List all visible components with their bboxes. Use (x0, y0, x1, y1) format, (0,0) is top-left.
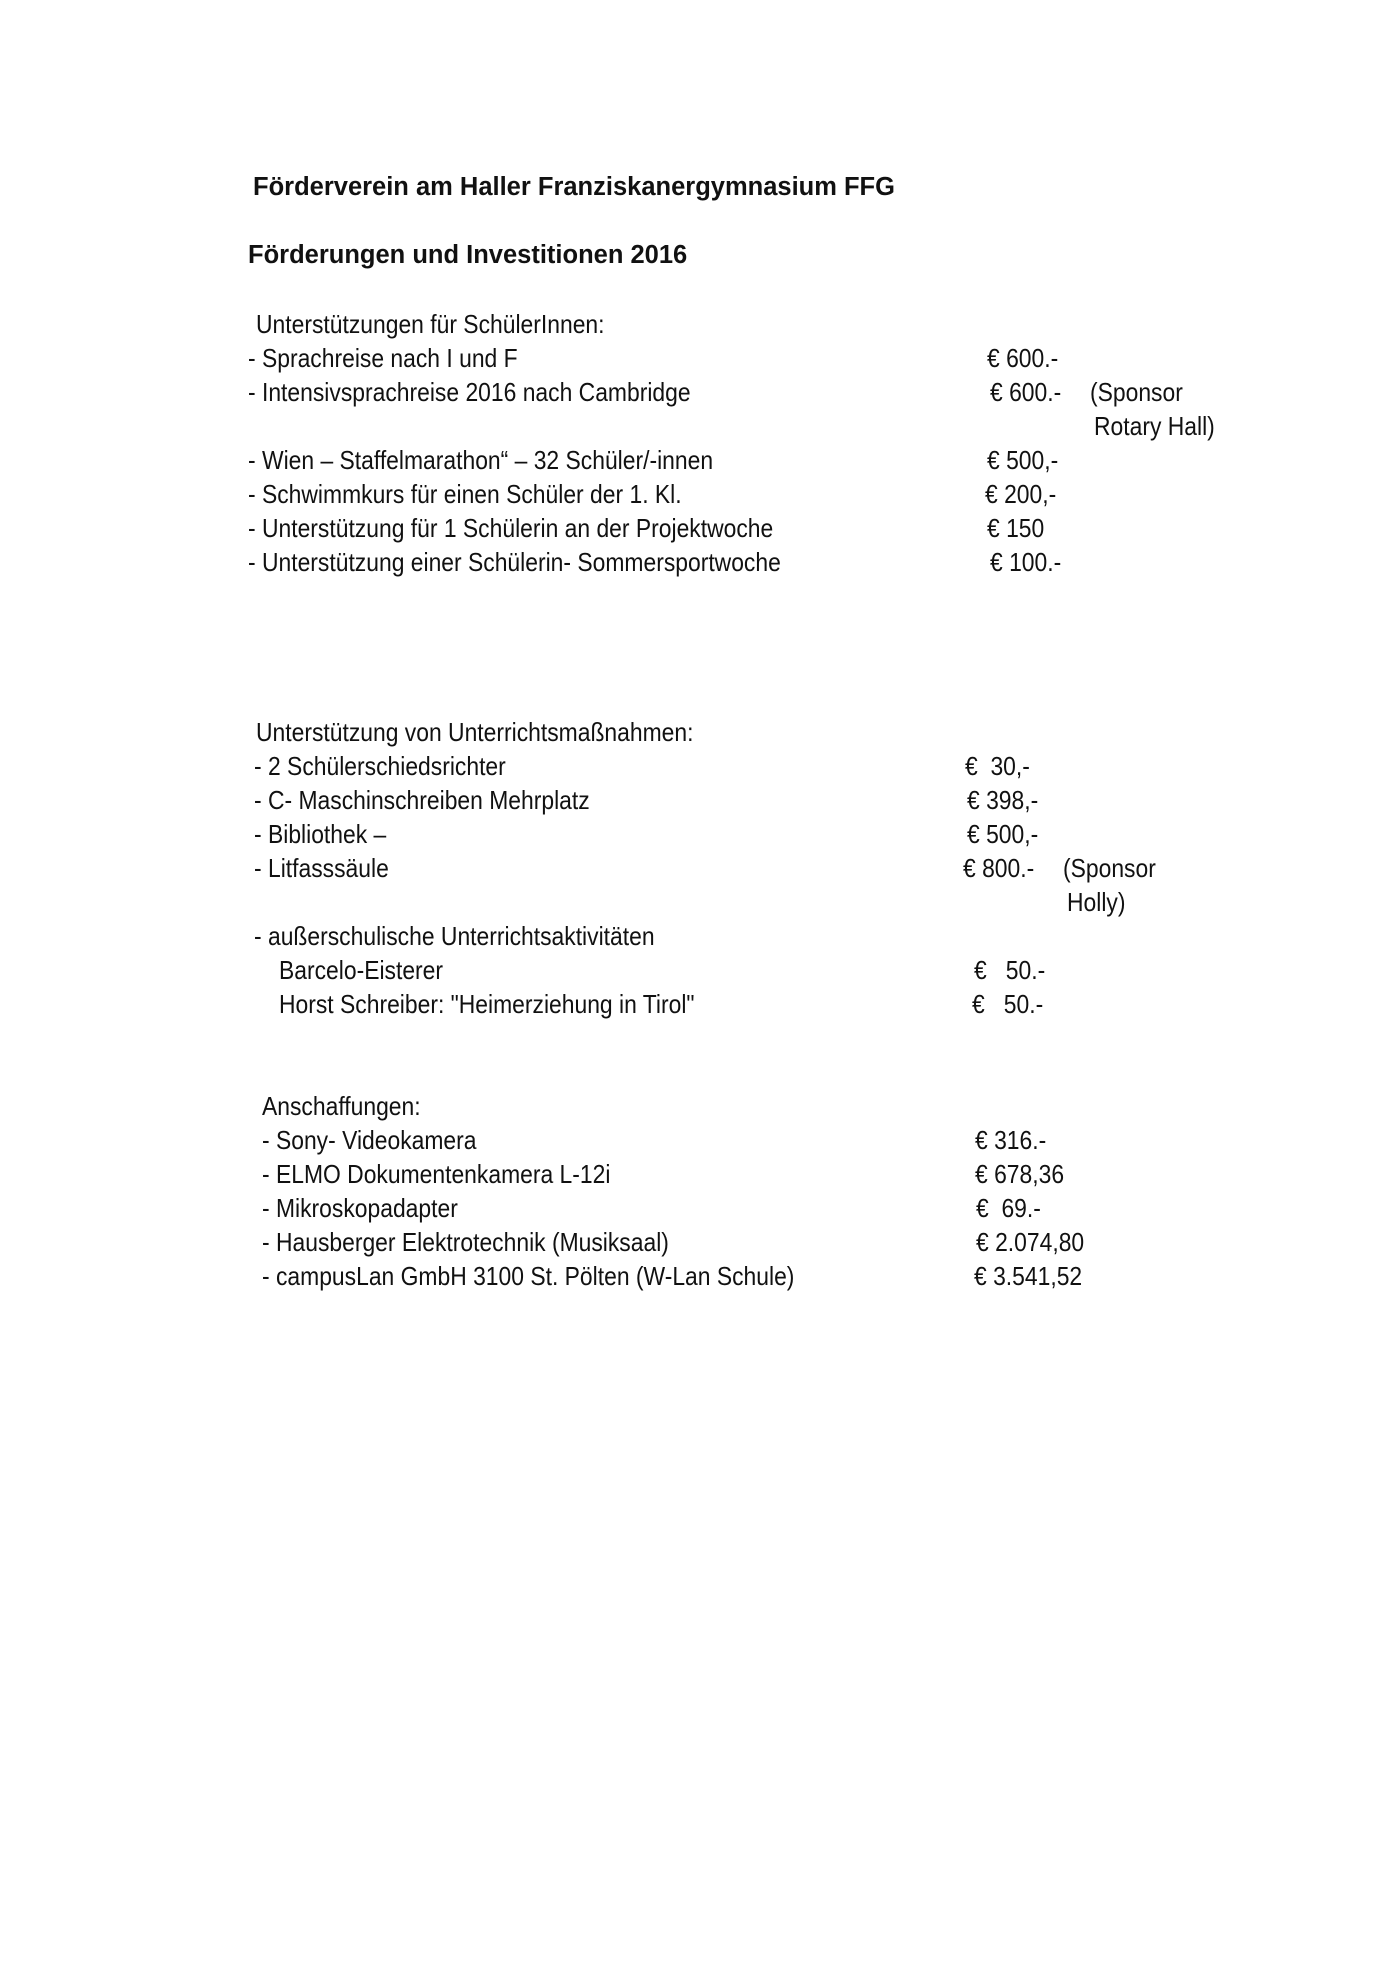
list-item-amount: € 30,- (965, 751, 1039, 781)
sponsor-note: (Sponsor (1063, 853, 1169, 883)
list-item-label: - Sprachreise nach I und F (248, 343, 554, 373)
list-item-label: - Wien – Staffelmarathon“ – 32 Schüler/-… (248, 445, 776, 475)
list-item-amount: € 800.- (963, 853, 1044, 883)
sponsor-note: (Sponsor (1090, 377, 1196, 407)
document-subtitle: Förderungen und Investitionen 2016 (248, 240, 687, 270)
list-item-label: - Unterstützung einer Schülerin- Sommers… (248, 547, 853, 577)
sponsor-note-name: Holly) (1067, 887, 1133, 917)
list-item-amount: € 316.- (975, 1125, 1056, 1155)
list-item-amount: € 398,- (967, 785, 1048, 815)
list-item-amount: € 50.- (972, 989, 1053, 1019)
section-heading-purchases: Anschaffungen: (262, 1091, 442, 1121)
sponsor-note-name: Rotary Hall) (1094, 411, 1231, 441)
list-item-amount: € 600.- (990, 377, 1071, 407)
list-item-amount: € 500,- (967, 819, 1048, 849)
list-item-amount: € 69.- (976, 1193, 1050, 1223)
list-item-amount: € 600.- (987, 343, 1068, 373)
list-item-label: - Unterstützung für 1 Schülerin an der P… (248, 513, 845, 543)
list-item-amount: € 200,- (985, 479, 1066, 509)
list-item-label: - Mikroskopadapter (262, 1193, 485, 1223)
list-item-label: - außerschulische Unterrichtsaktivitäten (254, 921, 709, 951)
list-item-label: - campusLan GmbH 3100 St. Pölten (W-Lan … (262, 1261, 867, 1291)
list-item-label: - Intensivsprachreise 2016 nach Cambridg… (248, 377, 751, 407)
list-item-label: Barcelo-Eisterer (279, 955, 465, 985)
list-item-label: - Hausberger Elektrotechnik (Musiksaal) (262, 1227, 724, 1257)
list-item-amount: € 150 (987, 513, 1052, 543)
list-item-amount: € 50.- (974, 955, 1055, 985)
document-title: Förderverein am Haller Franziskanergymna… (253, 172, 895, 202)
section-heading-students: Unterstützungen für SchülerInnen: (256, 309, 652, 339)
list-item-label: Horst Schreiber: "Heimerziehung in Tirol… (279, 989, 751, 1019)
list-item-amount: € 2.074,80 (976, 1227, 1099, 1257)
list-item-label: - Schwimmkurs für einen Schüler der 1. K… (248, 479, 741, 509)
list-item-amount: € 678,36 (975, 1159, 1076, 1189)
list-item-amount: € 500,- (987, 445, 1068, 475)
list-item-amount: € 100.- (990, 547, 1071, 577)
list-item-label: - Sony- Videokamera (262, 1125, 506, 1155)
list-item-label: - 2 Schülerschiedsrichter (254, 751, 540, 781)
section-heading-teaching: Unterstützung von Unterrichtsmaßnahmen: (256, 717, 753, 747)
list-item-label: - C- Maschinschreiben Mehrplatz (254, 785, 635, 815)
list-item-label: - Bibliothek – (254, 819, 404, 849)
list-item-label: - Litfasssäule (254, 853, 407, 883)
list-item-label: - ELMO Dokumentenkamera L-12i (262, 1159, 658, 1189)
list-item-amount: € 3.541,52 (974, 1261, 1097, 1291)
